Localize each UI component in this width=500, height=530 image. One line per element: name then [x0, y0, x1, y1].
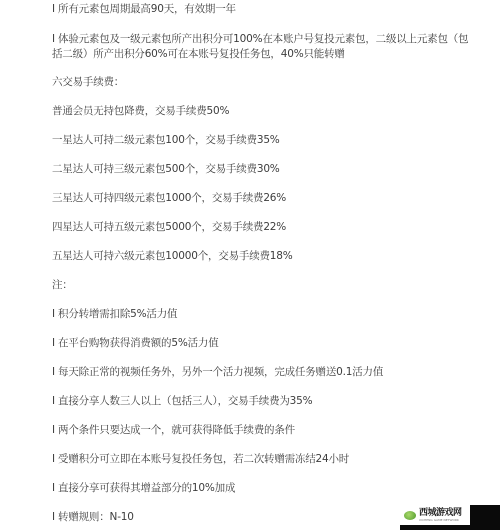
fee-tier-1-star: 一星达人可持二级元素包100个，交易手续费35% [52, 133, 280, 148]
watermark: 西城游戏网 XICHENG GAME NETWORK [400, 505, 500, 530]
fee-tier-5-star: 五星达人可持六级元素包10000个，交易手续费18% [52, 249, 293, 264]
fee-tier-3-star: 三星达人可持四级元素包1000个，交易手续费26% [52, 191, 286, 206]
fee-tier-2-star: 二星达人可持三级元素包500个，交易手续费30% [52, 162, 280, 177]
section-heading-fees: 六交易手续费： [52, 75, 124, 90]
note-received-points: I 受赠积分可立即在本账号复投任务包，若二次转赠需冻结24小时 [52, 452, 349, 467]
note-direct-share: I 直接分享人数三人以上（包括三人），交易手续费为35% [52, 394, 312, 409]
watermark-title: 西城游戏网 [419, 509, 462, 518]
note-share-bonus: I 直接分享可获得其增益部分的10%加成 [52, 481, 235, 496]
watermark-subtitle: XICHENG GAME NETWORK [419, 519, 462, 522]
note-either-condition: I 两个条件只要达成一个，就可获得降低手续费的条件 [52, 423, 295, 438]
site-logo-icon [404, 511, 416, 520]
watermark-text: 西城游戏网 XICHENG GAME NETWORK [419, 509, 462, 522]
notes-heading: 注： [52, 278, 73, 293]
watermark-badge: 西城游戏网 XICHENG GAME NETWORK [400, 505, 470, 525]
text-line-validity: I 所有元素包周期最高90天，有效期一年 [52, 2, 236, 17]
note-daily-video: I 每天除正常的视频任务外，另外一个活力视频，完成任务赠送0.1活力值 [52, 365, 383, 380]
note-transfer-deduction: I 积分转增需扣除5%活力值 [52, 307, 177, 322]
fee-tier-4-star: 四星达人可持五级元素包5000个，交易手续费22% [52, 220, 286, 235]
note-transfer-rule: I 转赠规则：N-10 [52, 510, 134, 525]
text-line-points-output: I 体验元素包及一级元素包所产出积分可100%在本账户号复投元素包，二级以上元素… [52, 32, 470, 62]
note-shopping-vitality: I 在平台购物获得消费额的5%活力值 [52, 336, 219, 351]
fee-tier-regular: 普通会员无持包降费，交易手续费50% [52, 104, 229, 119]
